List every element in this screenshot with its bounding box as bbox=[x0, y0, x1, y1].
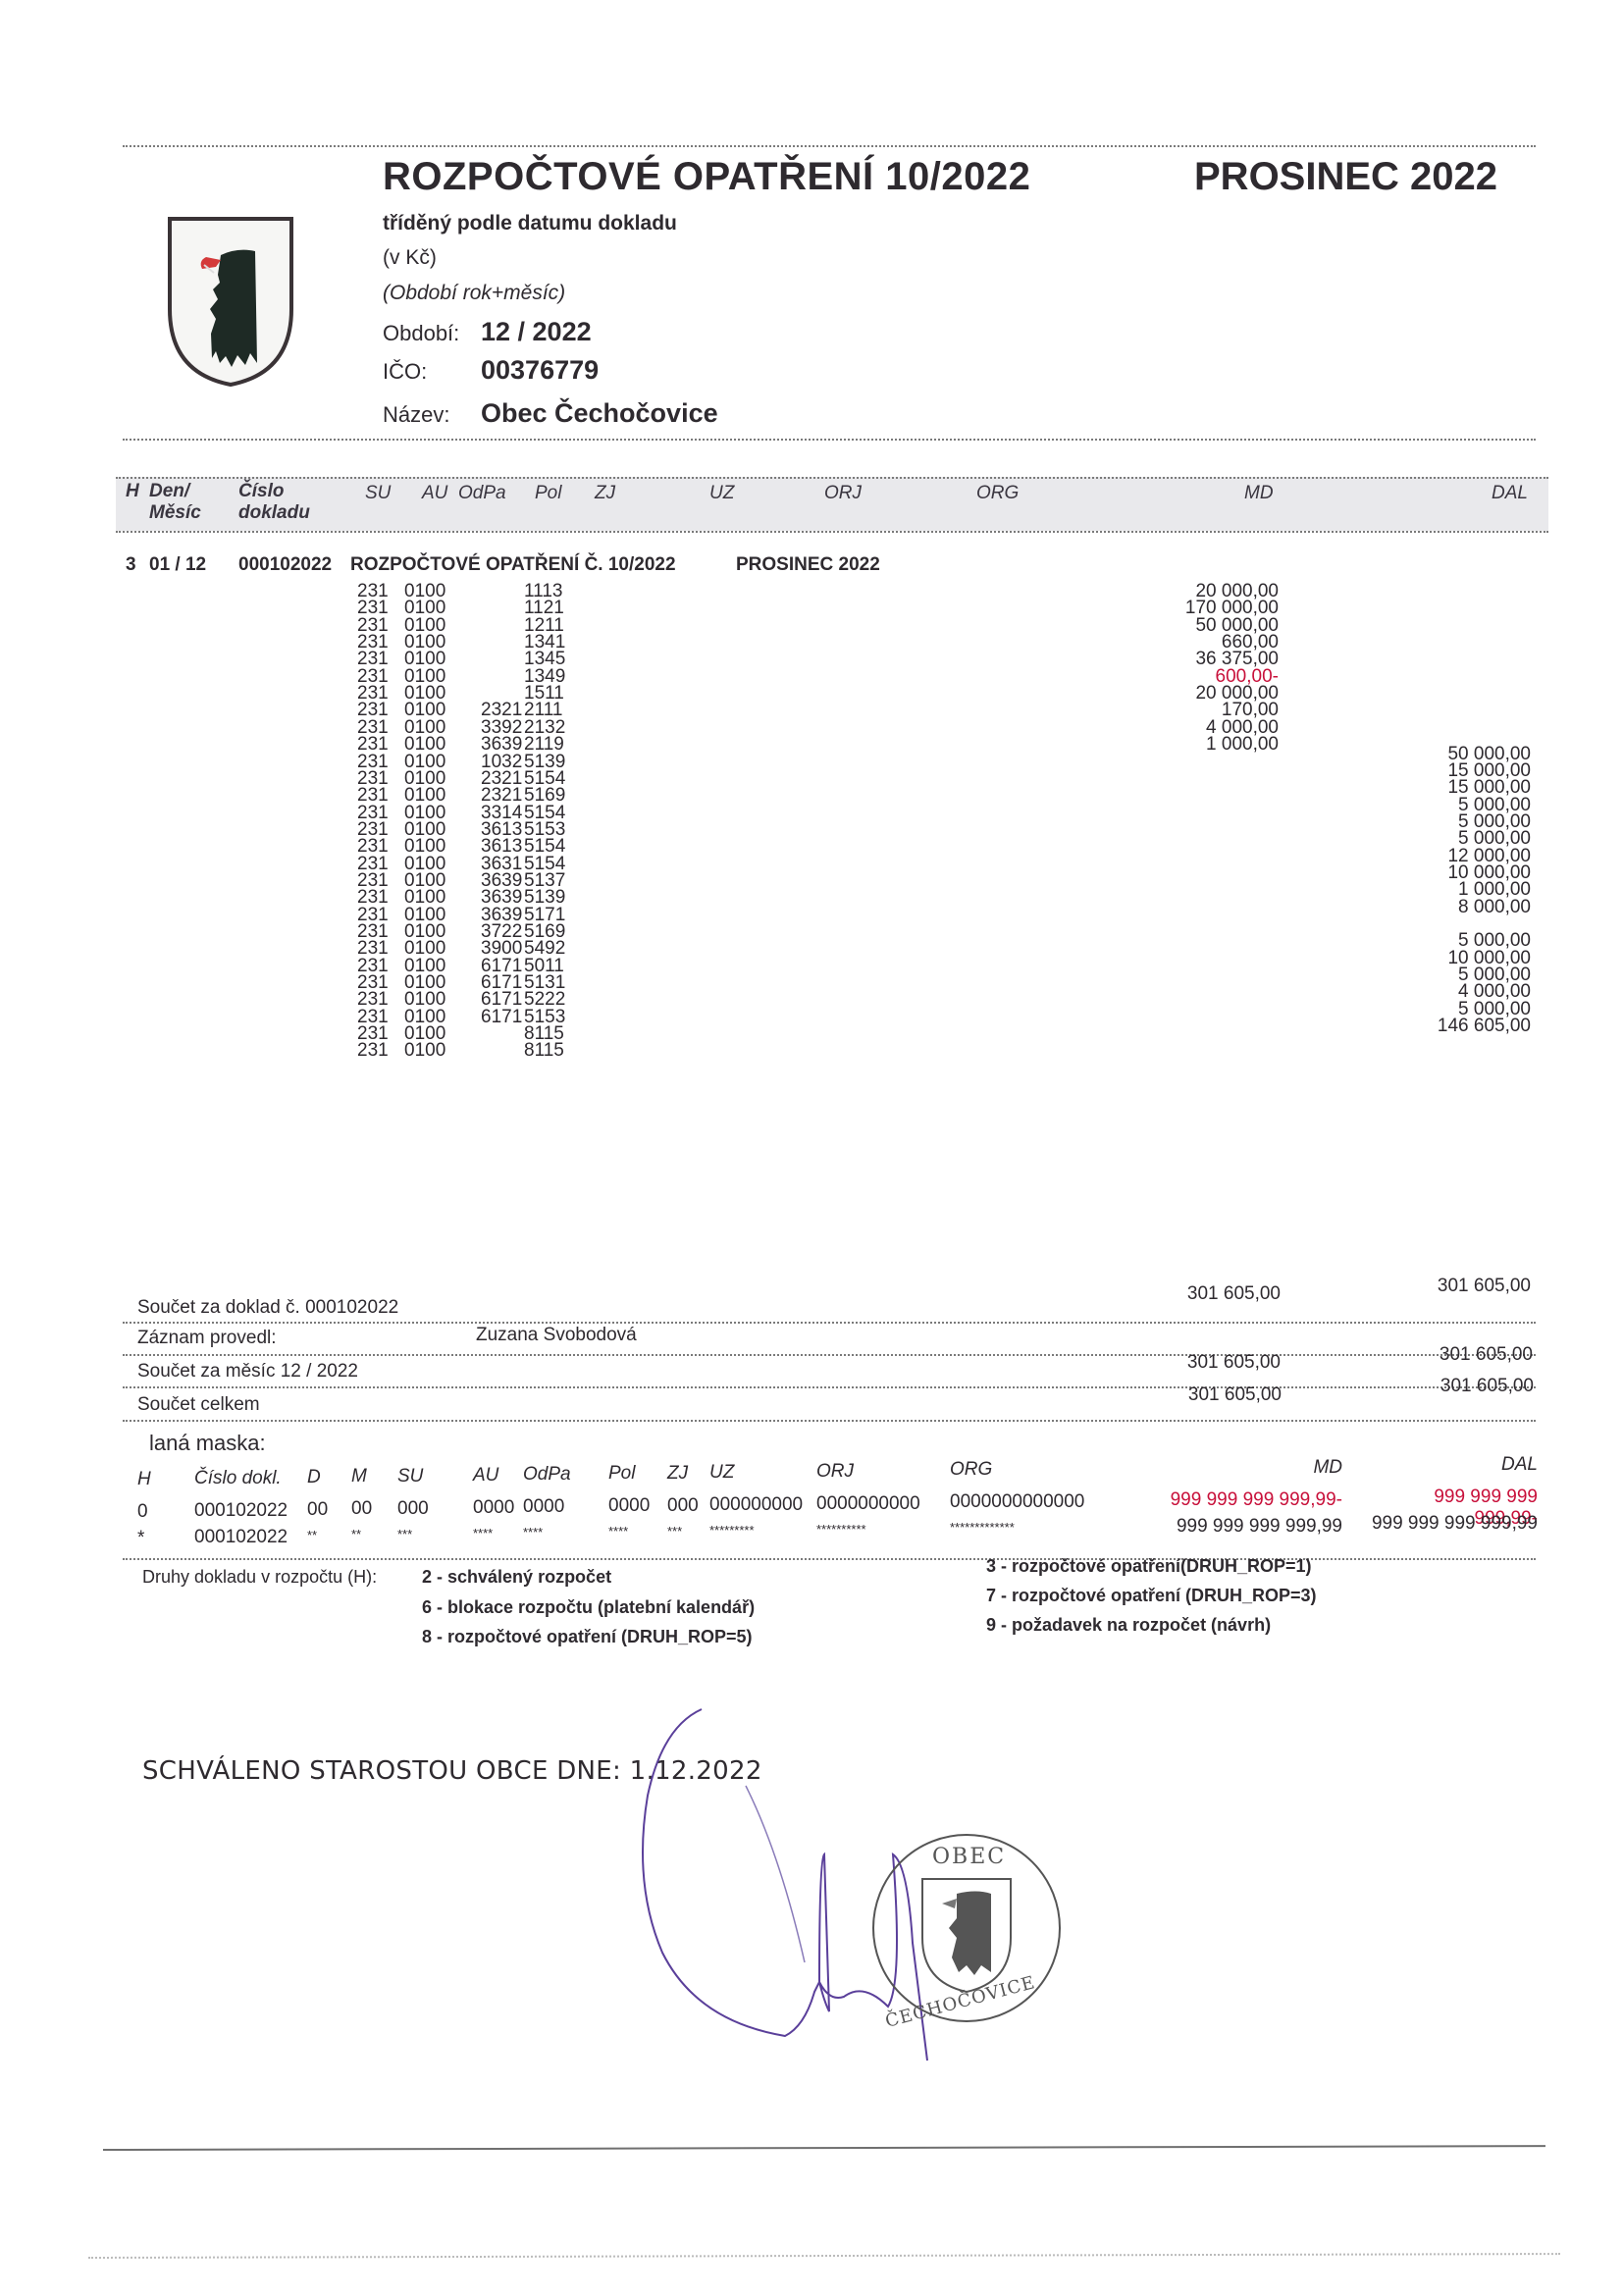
mask-row-from-cell: 000000000 bbox=[709, 1494, 803, 1516]
doc-date: 01 / 12 bbox=[149, 554, 206, 576]
mask-header-cell: D bbox=[307, 1467, 321, 1488]
mask-row-from-cell: 000 bbox=[667, 1495, 699, 1517]
pol-cell: 8115 bbox=[524, 1040, 564, 1062]
mask-header-cell: M bbox=[351, 1466, 367, 1487]
footer-rule bbox=[103, 2145, 1545, 2151]
mask-row-to-cell: 999 999 999 999,99 bbox=[1146, 1516, 1342, 1538]
rule bbox=[123, 1354, 1536, 1356]
mask-row-to-cell: *** bbox=[397, 1527, 412, 1541]
grand-total-label: Součet celkem bbox=[137, 1394, 260, 1416]
currency-note: (v Kč) bbox=[383, 246, 437, 270]
doc-h: 3 bbox=[126, 554, 136, 576]
name-value: Obec Čechočovice bbox=[481, 398, 718, 429]
mask-header-cell: H bbox=[137, 1469, 151, 1490]
legend-right-2: 7 - rozpočtové opatření (DRUH_ROP=3) bbox=[986, 1586, 1317, 1606]
col-den: Den/ bbox=[149, 481, 189, 501]
mask-row-from-cell: 000 bbox=[397, 1498, 429, 1520]
au-cell: 0100 bbox=[404, 1040, 445, 1062]
dal-amount: 8 000,00 bbox=[1335, 897, 1531, 918]
col-mesic: Měsíc bbox=[149, 502, 201, 523]
column-header-bottom-rule bbox=[116, 531, 1548, 533]
col-org: ORG bbox=[976, 483, 1019, 503]
header-top-rule bbox=[123, 145, 1536, 147]
doc-number: 000102022 bbox=[238, 554, 332, 576]
mask-row-to-cell: 999 999 999 999,99 bbox=[1371, 1513, 1538, 1535]
doc-description: ROZPOČTOVÉ OPATŘENÍ Č. 10/2022 bbox=[350, 554, 676, 576]
mask-header-cell: MD bbox=[1146, 1457, 1342, 1479]
mask-row-to-cell: ************* bbox=[950, 1520, 1015, 1535]
rule bbox=[123, 1322, 1536, 1324]
stamp-top-text: OBEC bbox=[932, 1845, 1006, 1869]
author-label: Záznam provedl: bbox=[137, 1328, 277, 1349]
rule bbox=[123, 1386, 1536, 1388]
rule bbox=[123, 1420, 1536, 1422]
odpa-cell: 6171 bbox=[481, 1007, 522, 1028]
col-md: MD bbox=[1244, 483, 1274, 503]
mask-row-to-cell: *** bbox=[667, 1524, 682, 1539]
col-cislo: Číslo bbox=[238, 481, 284, 501]
column-header-top-rule bbox=[116, 477, 1548, 479]
mask-row-from-cell: 00 bbox=[351, 1498, 372, 1520]
period-note: (Období rok+měsíc) bbox=[383, 282, 565, 305]
mask-header-cell: UZ bbox=[709, 1462, 734, 1484]
ico-value: 00376779 bbox=[481, 355, 599, 386]
signature-icon bbox=[608, 1688, 1079, 2100]
col-uz: UZ bbox=[709, 483, 734, 503]
header-bottom-rule bbox=[123, 439, 1536, 441]
mask-header-cell: AU bbox=[473, 1465, 498, 1487]
mask-row-from-cell: 0 bbox=[137, 1501, 148, 1523]
col-dal: DAL bbox=[1492, 483, 1528, 503]
mask-row-to-cell: **** bbox=[608, 1524, 628, 1539]
doc-total-md: 301 605,00 bbox=[1079, 1283, 1281, 1305]
legend-left-1: 2 - schválený rozpočet bbox=[422, 1567, 611, 1588]
mask-row-from-cell: 999 999 999 999,99- bbox=[1146, 1489, 1342, 1511]
mask-header-cell: SU bbox=[397, 1466, 423, 1487]
mask-header-cell: Číslo dokl. bbox=[194, 1468, 282, 1489]
md-amount: 1 000,00 bbox=[1079, 734, 1279, 756]
rule bbox=[123, 1558, 1536, 1560]
mask-row-from-cell: 0000 bbox=[473, 1497, 514, 1519]
mask-row-to-cell: * bbox=[137, 1528, 144, 1549]
report-title: ROZPOČTOVÉ OPATŘENÍ 10/2022 bbox=[383, 155, 1030, 199]
ico-label: IČO: bbox=[383, 359, 427, 385]
doc-total-label: Součet za doklad č. 000102022 bbox=[137, 1297, 398, 1319]
col-h: H bbox=[126, 481, 139, 501]
col-orj: ORJ bbox=[824, 483, 862, 503]
legend-left-3: 8 - rozpočtové opatření (DRUH_ROP=5) bbox=[422, 1627, 753, 1647]
mask-row-from-cell: 0000 bbox=[523, 1496, 564, 1518]
col-su: SU bbox=[365, 483, 391, 503]
mask-row-from-cell: 0000 bbox=[608, 1495, 650, 1517]
col-dokladu: dokladu bbox=[238, 502, 310, 523]
month-total-md: 301 605,00 bbox=[1079, 1352, 1281, 1374]
doc-description-month: PROSINEC 2022 bbox=[736, 554, 880, 576]
mask-header-cell: DAL bbox=[1371, 1454, 1538, 1476]
mask-row-to-cell: 000102022 bbox=[194, 1527, 288, 1548]
legend-right-1: 3 - rozpočtové opatření(DRUH_ROP=1) bbox=[986, 1556, 1312, 1577]
period-value: 12 / 2022 bbox=[481, 317, 592, 347]
coat-of-arms-icon bbox=[167, 216, 294, 388]
mask-row-to-cell: **** bbox=[473, 1526, 493, 1540]
mask-header-cell: OdPa bbox=[523, 1464, 571, 1486]
mask-row-from-cell: 00 bbox=[307, 1499, 328, 1521]
col-zj: ZJ bbox=[595, 483, 615, 503]
footer-rule-faint bbox=[88, 2253, 1560, 2259]
legend-left-2: 6 - blokace rozpočtu (platební kalendář) bbox=[422, 1597, 755, 1618]
legend-right-3: 9 - požadavek na rozpočet (návrh) bbox=[986, 1615, 1271, 1636]
mask-label: laná maska: bbox=[149, 1431, 266, 1456]
doc-total-dal: 301 605,00 bbox=[1335, 1276, 1531, 1297]
col-pol: Pol bbox=[535, 483, 561, 503]
mask-row-from-cell: 000102022 bbox=[194, 1500, 288, 1522]
mask-row-to-cell: **** bbox=[523, 1525, 543, 1539]
mask-row-to-cell: ********** bbox=[816, 1522, 866, 1537]
period-label: Období: bbox=[383, 321, 459, 346]
col-odpa: OdPa bbox=[458, 483, 506, 503]
author-value: Zuzana Svobodová bbox=[476, 1325, 637, 1346]
month-total-label: Součet za měsíc 12 / 2022 bbox=[137, 1361, 358, 1383]
su-cell: 231 bbox=[357, 1040, 389, 1062]
legend-label: Druhy dokladu v rozpočtu (H): bbox=[142, 1567, 377, 1588]
name-label: Název: bbox=[383, 402, 449, 428]
mask-row-to-cell: ********* bbox=[709, 1523, 755, 1538]
mask-row-from-cell: 0000000000000 bbox=[950, 1491, 1084, 1513]
mask-header-cell: ZJ bbox=[667, 1463, 688, 1485]
grand-total-md: 301 605,00 bbox=[1079, 1384, 1282, 1406]
mask-row-to-cell: ** bbox=[351, 1527, 361, 1541]
report-month: PROSINEC 2022 bbox=[1194, 155, 1497, 199]
mask-header-cell: Pol bbox=[608, 1463, 635, 1485]
col-au: AU bbox=[422, 483, 447, 503]
month-total-dal: 301 605,00 bbox=[1335, 1344, 1533, 1366]
mask-row-from-cell: 0000000000 bbox=[816, 1493, 920, 1515]
mask-header-cell: ORJ bbox=[816, 1461, 854, 1483]
report-subtitle: tříděný podle datumu dokladu bbox=[383, 212, 677, 235]
grand-total-dal: 301 605,00 bbox=[1335, 1376, 1534, 1397]
mask-header-cell: ORG bbox=[950, 1459, 992, 1481]
dal-amount: 146 605,00 bbox=[1335, 1016, 1531, 1037]
mask-row-to-cell: ** bbox=[307, 1528, 317, 1542]
